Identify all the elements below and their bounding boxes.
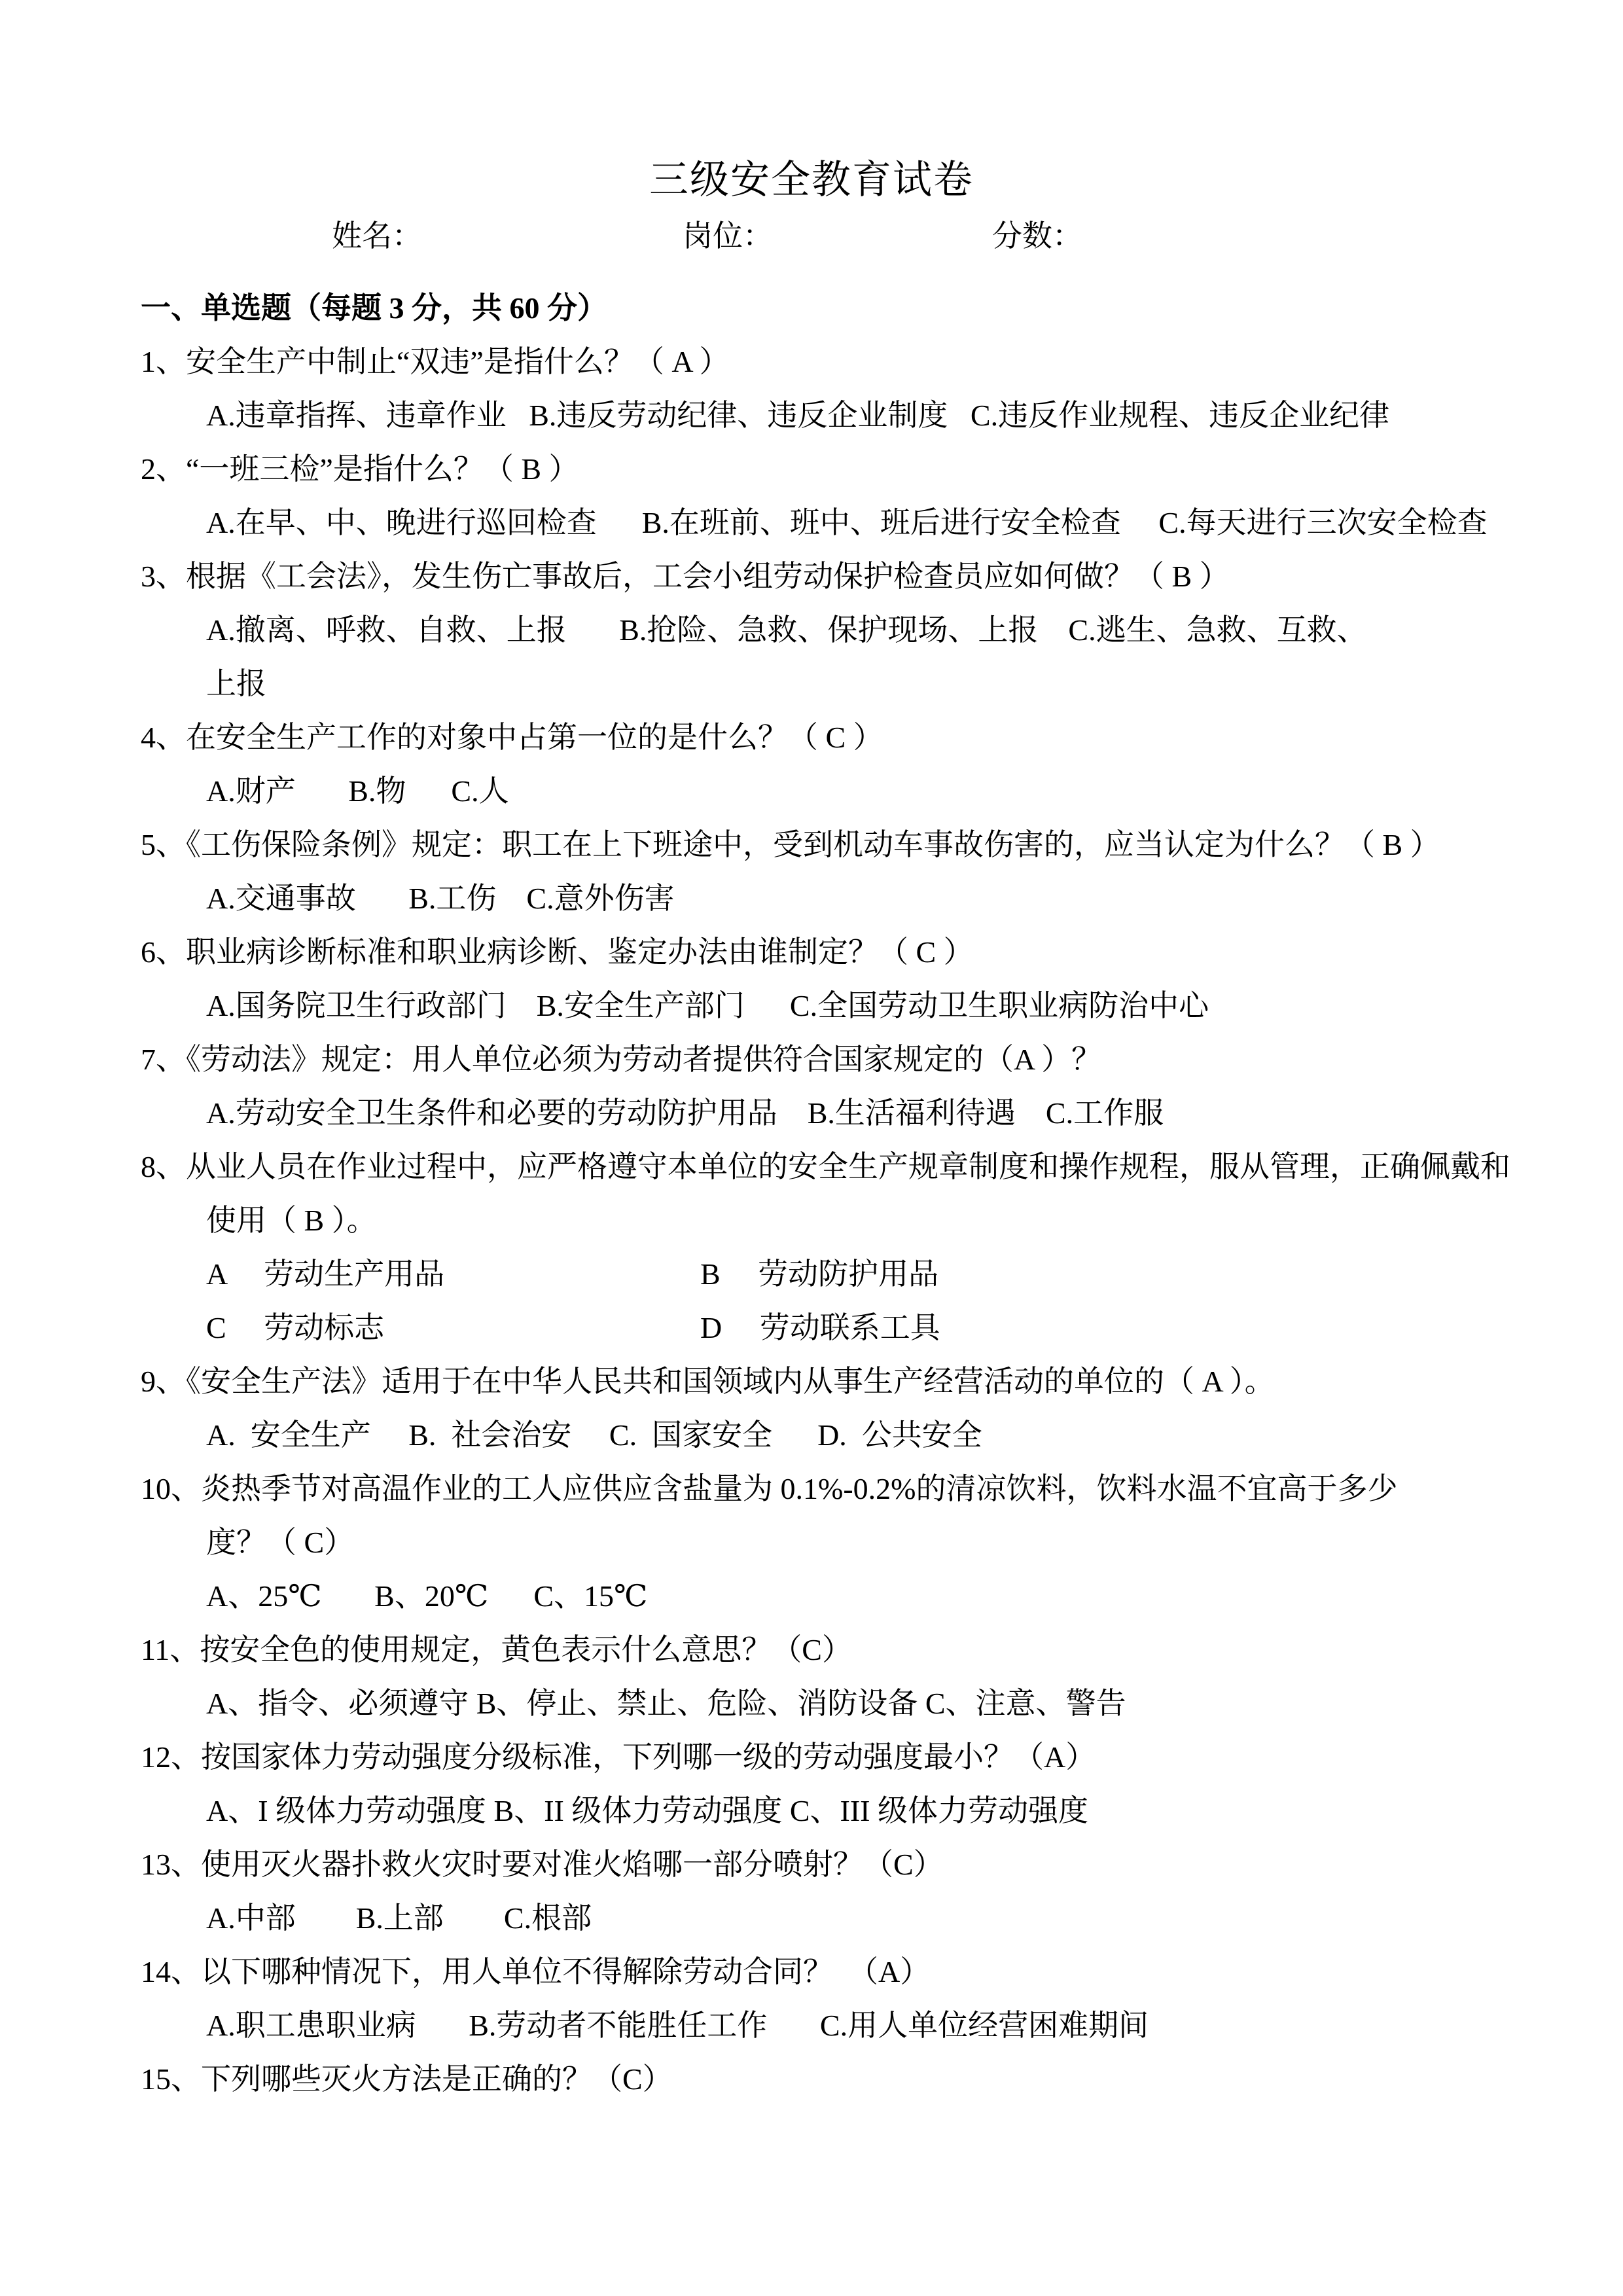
question-10: 10、炎热季节对高温作业的工人应供应含盐量为 0.1%-0.2%的清凉饮料，饮料… xyxy=(141,1462,1571,1623)
question-text: 3、根据《工会法》，发生伤亡事故后，工会小组劳动保护检查员应如何做？（ B ） xyxy=(141,550,1571,603)
question-text: 10、炎热季节对高温作业的工人应供应含盐量为 0.1%-0.2%的清凉饮料，饮料… xyxy=(141,1462,1571,1516)
option-line: A.在早、中、晚进行巡回检查 B.在班前、班中、班后进行安全检查 C.每天进行三… xyxy=(141,496,1571,550)
question-text: 11、按安全色的使用规定，黄色表示什么意思？（C） xyxy=(141,1623,1571,1677)
question-text: 12、按国家体力劳动强度分级标准，下列哪一级的劳动强度最小？（A） xyxy=(141,1731,1571,1784)
question-4: 4、在安全生产工作的对象中占第一位的是什么？（ C ）A.财产 B.物 C.人 xyxy=(141,711,1571,818)
question-3: 3、根据《工会法》，发生伤亡事故后，工会小组劳动保护检查员应如何做？（ B ）A… xyxy=(141,550,1571,711)
question-1: 1、安全生产中制止“双违”是指什么？（ A ）A.违章指挥、违章作业 B.违反劳… xyxy=(141,335,1571,442)
question-list: 1、安全生产中制止“双违”是指什么？（ A ）A.违章指挥、违章作业 B.违反劳… xyxy=(141,335,1571,2106)
question-text: 15、下列哪些灭火方法是正确的？（C） xyxy=(141,2053,1571,2106)
post-field-label: 岗位： xyxy=(683,209,773,263)
question-8: 8、从业人员在作业过程中，应严格遵守本单位的安全生产规章制度和操作规程，服从管理… xyxy=(141,1140,1571,1355)
option-line: 使用（ B ）。 xyxy=(141,1194,1571,1247)
question-5: 5、《工伤保险条例》规定：职工在上下班途中，受到机动车事故伤害的，应当认定为什么… xyxy=(141,818,1571,925)
question-7: 7、《劳动法》规定：用人单位必须为劳动者提供符合国家规定的（A ）？A.劳动安全… xyxy=(141,1033,1571,1140)
option-line: A.中部 B.上部 C.根部 xyxy=(141,1892,1571,1945)
question-9: 9、《安全生产法》适用于在中华人民共和国领域内从事生产经营活动的单位的（ A ）… xyxy=(141,1355,1571,1462)
question-6: 6、职业病诊断标准和职业病诊断、鉴定办法由谁制定？（ C ）A.国务院卫生行政部… xyxy=(141,925,1571,1033)
question-11: 11、按安全色的使用规定，黄色表示什么意思？（C）A、指令、必须遵守 B、停止、… xyxy=(141,1623,1571,1731)
question-text: 9、《安全生产法》适用于在中华人民共和国领域内从事生产经营活动的单位的（ A ）… xyxy=(141,1355,1571,1408)
question-text: 6、职业病诊断标准和职业病诊断、鉴定办法由谁制定？（ C ） xyxy=(141,925,1571,979)
score-field-label: 分数： xyxy=(992,209,1082,263)
question-text: 2、“一班三检”是指什么？（ B ） xyxy=(141,442,1571,496)
option-line: A.交通事故 B.工伤 C.意外伤害 xyxy=(141,872,1571,925)
option-col: C 劳动标志 xyxy=(206,1311,384,1344)
option-line: C 劳动标志D 劳动联系工具 xyxy=(141,1301,1571,1355)
question-text: 13、使用灭火器扑救火灾时要对准火焰哪一部分喷射？（C） xyxy=(141,1838,1571,1892)
exam-page: 三级安全教育试卷 姓名： 岗位： 分数： 一、单选题（每题 3 分，共 60 分… xyxy=(0,0,1623,2296)
section-heading: 一、单选题（每题 3 分，共 60 分） xyxy=(141,281,1571,335)
question-text: 14、以下哪种情况下，用人单位不得解除劳动合同？ （A） xyxy=(141,1945,1571,1999)
option-line: A 劳动生产用品B 劳动防护用品 xyxy=(141,1247,1571,1301)
option-line: A.撤离、呼救、自救、上报 B.抢险、急救、保护现场、上报 C.逃生、急救、互救… xyxy=(141,603,1571,657)
question-15: 15、下列哪些灭火方法是正确的？（C） xyxy=(141,2053,1571,2106)
question-14: 14、以下哪种情况下，用人单位不得解除劳动合同？ （A）A.职工患职业病 B.劳… xyxy=(141,1945,1571,2053)
option-line: 度？（ C） xyxy=(141,1516,1571,1570)
option-line: A.国务院卫生行政部门 B.安全生产部门 C.全国劳动卫生职业病防治中心 xyxy=(141,979,1571,1033)
option-col: D 劳动联系工具 xyxy=(700,1301,940,1355)
option-line: A.职工患职业病 B.劳动者不能胜任工作 C.用人单位经营困难期间 xyxy=(141,1999,1571,2053)
page-title: 三级安全教育试卷 xyxy=(141,151,1482,209)
question-12: 12、按国家体力劳动强度分级标准，下列哪一级的劳动强度最小？（A）A、I 级体力… xyxy=(141,1731,1571,1838)
question-text: 4、在安全生产工作的对象中占第一位的是什么？（ C ） xyxy=(141,711,1571,764)
question-text: 1、安全生产中制止“双违”是指什么？（ A ） xyxy=(141,335,1571,389)
name-field-label: 姓名： xyxy=(332,209,422,263)
option-line: A.劳动安全卫生条件和必要的劳动防护用品 B.生活福利待遇 C.工作服 xyxy=(141,1086,1571,1140)
question-text: 5、《工伤保险条例》规定：职工在上下班途中，受到机动车事故伤害的，应当认定为什么… xyxy=(141,818,1571,872)
option-line: A、25℃ B、20℃ C、15℃ xyxy=(141,1570,1571,1623)
question-text: 8、从业人员在作业过程中，应严格遵守本单位的安全生产规章制度和操作规程，服从管理… xyxy=(141,1140,1571,1194)
question-13: 13、使用灭火器扑救火灾时要对准火焰哪一部分喷射？（C）A.中部 B.上部 C.… xyxy=(141,1838,1571,1945)
option-line: A、指令、必须遵守 B、停止、禁止、危险、消防设备 C、注意、警告 xyxy=(141,1677,1571,1731)
option-col: A 劳动生产用品 xyxy=(206,1257,444,1291)
question-text: 7、《劳动法》规定：用人单位必须为劳动者提供符合国家规定的（A ）？ xyxy=(141,1033,1571,1086)
header-fields: 姓名： 岗位： 分数： xyxy=(141,209,1571,263)
option-line: A.财产 B.物 C.人 xyxy=(141,764,1571,818)
option-line: A. 安全生产 B. 社会治安 C. 国家安全 D. 公共安全 xyxy=(141,1408,1571,1462)
option-line: A、I 级体力劳动强度 B、II 级体力劳动强度 C、III 级体力劳动强度 xyxy=(141,1784,1571,1838)
option-line: 上报 xyxy=(141,657,1571,711)
option-line: A.违章指挥、违章作业 B.违反劳动纪律、违反企业制度 C.违反作业规程、违反企… xyxy=(141,389,1571,442)
option-col: B 劳动防护用品 xyxy=(700,1247,938,1301)
question-2: 2、“一班三检”是指什么？（ B ）A.在早、中、晚进行巡回检查 B.在班前、班… xyxy=(141,442,1571,550)
